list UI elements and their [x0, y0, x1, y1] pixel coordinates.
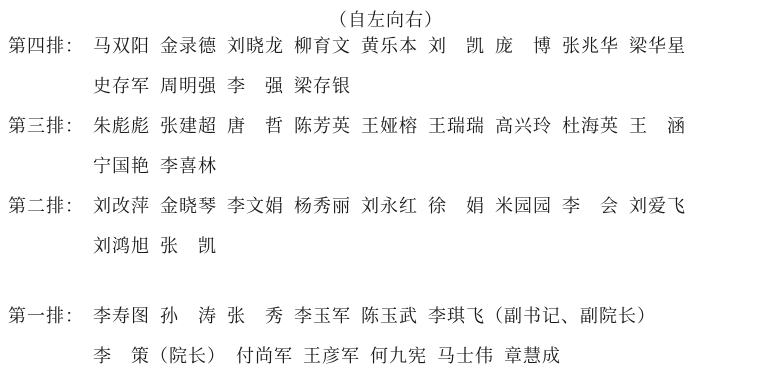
person-name: 李 强 [227, 72, 284, 98]
person-name: 李玉军 [294, 302, 351, 328]
name-list: 刘鸿旭 张 凯 [93, 232, 227, 258]
name-list: 宁国艳 李喜林 [93, 152, 227, 178]
row-label: 第二排： [8, 192, 93, 218]
person-name: 宁国艳 [93, 152, 150, 178]
person-name: 章慧成 [504, 342, 561, 368]
person-name: 李文娟 [227, 192, 284, 218]
person-name: 王 涵 [629, 112, 686, 138]
person-name: 陈芳英 [294, 112, 351, 138]
person-name: 金晓琴 [160, 192, 217, 218]
person-name: 庞 博 [495, 32, 552, 58]
person-name: 李喜林 [160, 152, 217, 178]
name-list: 刘改萍 金晓琴 李文娟 杨秀丽 刘永红 徐 娟 米园园 李 会 刘爱飞 [93, 192, 696, 218]
person-name: 米园园 [495, 192, 552, 218]
person-name: 何九宪 [370, 342, 427, 368]
person-name: 刘永红 [361, 192, 418, 218]
row-label: 第三排： [8, 112, 93, 138]
person-name: 王娅榕 [361, 112, 418, 138]
row-label: 第四排： [8, 32, 93, 58]
person-name: 马士伟 [437, 342, 494, 368]
person-name: 张 秀 [227, 302, 284, 328]
person-name: 梁华星 [629, 32, 686, 58]
person-name: 杜海英 [562, 112, 619, 138]
subtitle: （自左向右） [0, 6, 772, 32]
person-name: 梁存银 [294, 72, 351, 98]
row-label: 第一排： [8, 302, 93, 328]
person-name: 杨秀丽 [294, 192, 351, 218]
person-name: 张兆华 [562, 32, 619, 58]
person-name: 张 凯 [160, 232, 217, 258]
person-name: 马双阳 [93, 32, 150, 58]
name-list: 李 策（院长） 付尚军 王彦军 何九宪 马士伟 章慧成 [93, 342, 571, 368]
person-name: 刘晓龙 [227, 32, 284, 58]
name-list: 马双阳 金录德 刘晓龙 柳育文 黄乐本 刘 凯 庞 博 张兆华 梁华星 [93, 32, 696, 58]
person-name: 柳育文 [294, 32, 351, 58]
person-name: 黄乐本 [361, 32, 418, 58]
person-name: 朱彪彪 [93, 112, 150, 138]
person-name: 周明强 [160, 72, 217, 98]
person-name: 李寿图 [93, 302, 150, 328]
name-list: 朱彪彪 张建超 唐 哲 陈芳英 王娅榕 王瑞瑞 高兴玲 杜海英 王 涵 [93, 112, 696, 138]
person-name: 王彦军 [303, 342, 360, 368]
person-name: 史存军 [93, 72, 150, 98]
person-name: 刘 凯 [428, 32, 485, 58]
person-name: 孙 涛 [160, 302, 217, 328]
person-name: 刘改萍 [93, 192, 150, 218]
name-list: 史存军 周明强 李 强 梁存银 [93, 72, 361, 98]
name-list: 李寿图 孙 涛 张 秀 李玉军 陈玉武 李琪飞（副书记、副院长） [93, 302, 666, 328]
person-name: 徐 娟 [428, 192, 485, 218]
person-name: 王瑞瑞 [428, 112, 485, 138]
person-name: 李琪飞（副书记、副院长） [428, 302, 656, 328]
person-name: 刘鸿旭 [93, 232, 150, 258]
person-name: 高兴玲 [495, 112, 552, 138]
person-name: 张建超 [160, 112, 217, 138]
document-page: （自左向右） 第四排： 马双阳 金录德 刘晓龙 柳育文 黄乐本 刘 凯 庞 博 … [0, 0, 772, 381]
person-name: 唐 哲 [227, 112, 284, 138]
person-name: 陈玉武 [361, 302, 418, 328]
person-name: 刘爱飞 [629, 192, 686, 218]
person-name: 付尚军 [236, 342, 293, 368]
person-name: 李 会 [562, 192, 619, 218]
person-name: 李 策（院长） [93, 342, 226, 368]
person-name: 金录德 [160, 32, 217, 58]
